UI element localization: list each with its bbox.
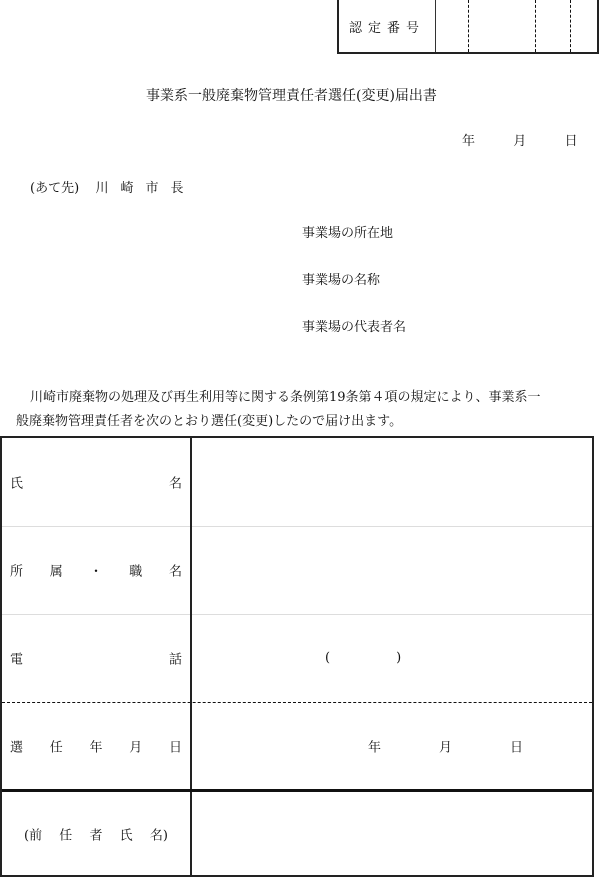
name-field[interactable] <box>192 438 592 526</box>
certification-number-label: 認定番号 <box>339 0 436 52</box>
location-label: 事業場の所在地 <box>302 222 393 241</box>
phone-field[interactable]: ( ) <box>192 614 592 702</box>
table-row-predecessor: (前 任 者 氏 名) <box>2 792 592 875</box>
addressee-prefix: (あて先) <box>30 181 79 196</box>
date-month: 月 <box>513 134 526 149</box>
addressee: (あて先) 川崎市長 <box>30 177 184 196</box>
date-line: 年 月 日 <box>462 130 578 149</box>
table-row-phone: 電 話 ( ) <box>2 614 592 703</box>
document-title: 事業系一般廃棄物管理責任者選任(変更)届出書 <box>146 85 437 105</box>
table-row-department: 所 属 ・ 職 名 <box>2 526 592 615</box>
predecessor-name-field[interactable] <box>192 792 592 875</box>
department-title-field[interactable] <box>192 526 592 614</box>
certification-number-cell[interactable] <box>469 0 536 52</box>
table-row-appointment-date: 選 任 年 月 日 年 月 日 <box>2 702 592 792</box>
appointment-date-field[interactable]: 年 月 日 <box>192 702 592 789</box>
business-name-label: 事業場の名称 <box>302 269 380 288</box>
date-day: 日 <box>565 134 578 149</box>
certification-number-cell[interactable] <box>536 0 571 52</box>
body-text-line-1: 川崎市廃棄物の処理及び再生利用等に関する条例第19条第４項の規定により、事業系一 <box>30 386 541 405</box>
body-text-line-2: 般廃棄物管理責任者を次のとおり選任(変更)したので届け出ます。 <box>16 410 402 429</box>
table-row-name: 氏 名 <box>2 438 592 527</box>
date-year: 年 <box>462 134 475 149</box>
certification-number-box: 認定番号 <box>337 0 599 54</box>
registration-table: 氏 名 所 属 ・ 職 名 電 話 ( ) 選 任 年 <box>0 436 594 877</box>
representative-label: 事業場の代表者名 <box>302 316 406 335</box>
certification-number-cell[interactable] <box>436 0 469 52</box>
certification-number-cell[interactable] <box>571 0 597 52</box>
